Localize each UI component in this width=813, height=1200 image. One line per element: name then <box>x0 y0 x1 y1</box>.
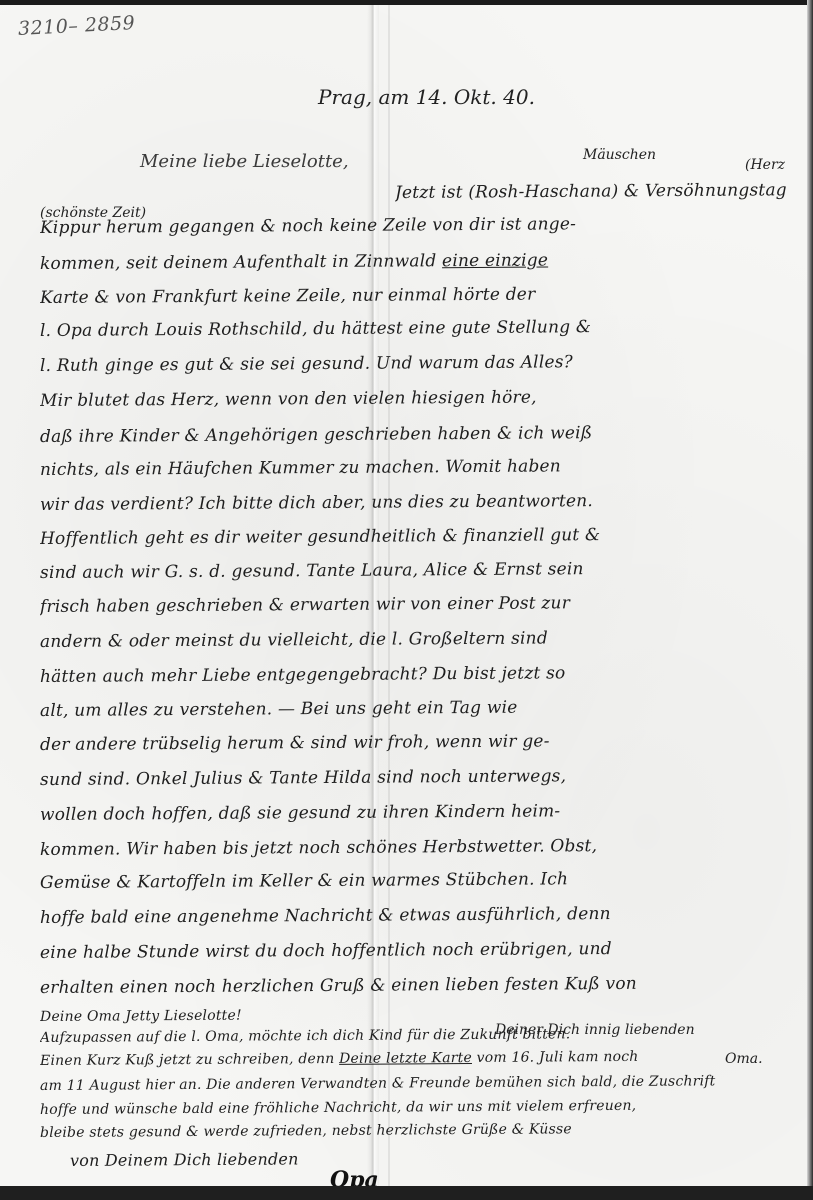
letter-line: kommen, seit deinem Aufenthalt in Zinnwa… <box>40 249 805 274</box>
letter-line: am 11 August hier an. Die anderen Verwan… <box>40 1073 805 1094</box>
letter-line: sund sind. Onkel Julius & Tante Hilda si… <box>40 765 805 790</box>
letter-line: hätten auch mehr Liebe entgegengebracht?… <box>40 662 805 687</box>
letter-line: Kippur herum gegangen & noch keine Zeile… <box>40 213 805 238</box>
letter-line: daß ihre Kinder & Angehörigen geschriebe… <box>40 422 805 447</box>
archive-number: 3210– 2859 <box>18 12 136 40</box>
letter-line: bleibe stets gesund & werde zufrieden, n… <box>40 1120 805 1141</box>
letter-line: hoffe bald eine angenehme Nachricht & et… <box>40 903 805 928</box>
letter-line: Hoffentlich geht es dir weiter gesundhei… <box>40 524 805 549</box>
letter-line: Mir blutet das Herz, wenn von den vielen… <box>40 386 805 411</box>
salutation: Meine liebe Lieselotte, <box>140 151 349 172</box>
letter-line: der andere trübselig herum & sind wir fr… <box>40 730 805 755</box>
underlined-phrase: eine einzige <box>442 250 548 271</box>
letter-line: wollen doch hoffen, daß sie gesund zu ih… <box>40 800 805 825</box>
insertion-mauschen: Mäuschen <box>583 147 656 163</box>
letter-line: Gemüse & Kartoffeln im Keller & ein warm… <box>40 868 805 893</box>
letter-line: hoffe und wünsche bald eine fröhliche Na… <box>40 1097 805 1118</box>
letter-line: sind auch wir G. s. d. gesund. Tante Lau… <box>40 558 805 583</box>
interlinear-oma: Oma. <box>725 1051 763 1067</box>
letter-line: l. Opa durch Louis Rothschild, du hättes… <box>40 316 805 341</box>
letter-line: frisch haben geschrieben & erwarten wir … <box>40 592 805 617</box>
letter-line: wir das verdient? Ich bitte dich aber, u… <box>40 490 805 515</box>
letter-line: Einen Kurz Kuß jetzt zu schreiben, denn … <box>40 1048 805 1069</box>
letter-line: andern & oder meinst du vielleicht, die … <box>40 627 805 652</box>
letter-line: Karte & von Frankfurt keine Zeile, nur e… <box>40 283 805 308</box>
interlinear-greeting: Deiner Dich innig liebenden <box>495 1022 695 1038</box>
letter-page: 3210– 2859 Prag, am 14. Okt. 40. Meine l… <box>0 5 809 1186</box>
letter-line: Jetzt ist (Rosh-Haschana) & Versöhnungst… <box>395 180 805 203</box>
letter-line: alt, um alles zu verstehen. — Bei uns ge… <box>40 696 805 721</box>
scan-border-right <box>807 0 813 1200</box>
letter-line: nichts, als ein Häufchen Kummer zu mache… <box>40 455 805 480</box>
letter-line: eine halbe Stunde wirst du doch hoffentl… <box>40 938 805 963</box>
letter-line: l. Ruth ginge es gut & sie sei gesund. U… <box>40 351 805 376</box>
scan-border-bottom <box>0 1186 813 1200</box>
insertion-herz: (Herz <box>745 157 785 173</box>
letter-line: erhalten einen noch herzlichen Gruß & ei… <box>40 973 805 998</box>
letter-line: von Deinem Dich liebenden <box>70 1146 813 1170</box>
underlined-phrase: Deine letzte Karte <box>339 1050 472 1067</box>
letter-line: kommen. Wir haben bis jetzt noch schönes… <box>40 835 805 860</box>
dateline: Prag, am 14. Okt. 40. <box>318 85 535 109</box>
